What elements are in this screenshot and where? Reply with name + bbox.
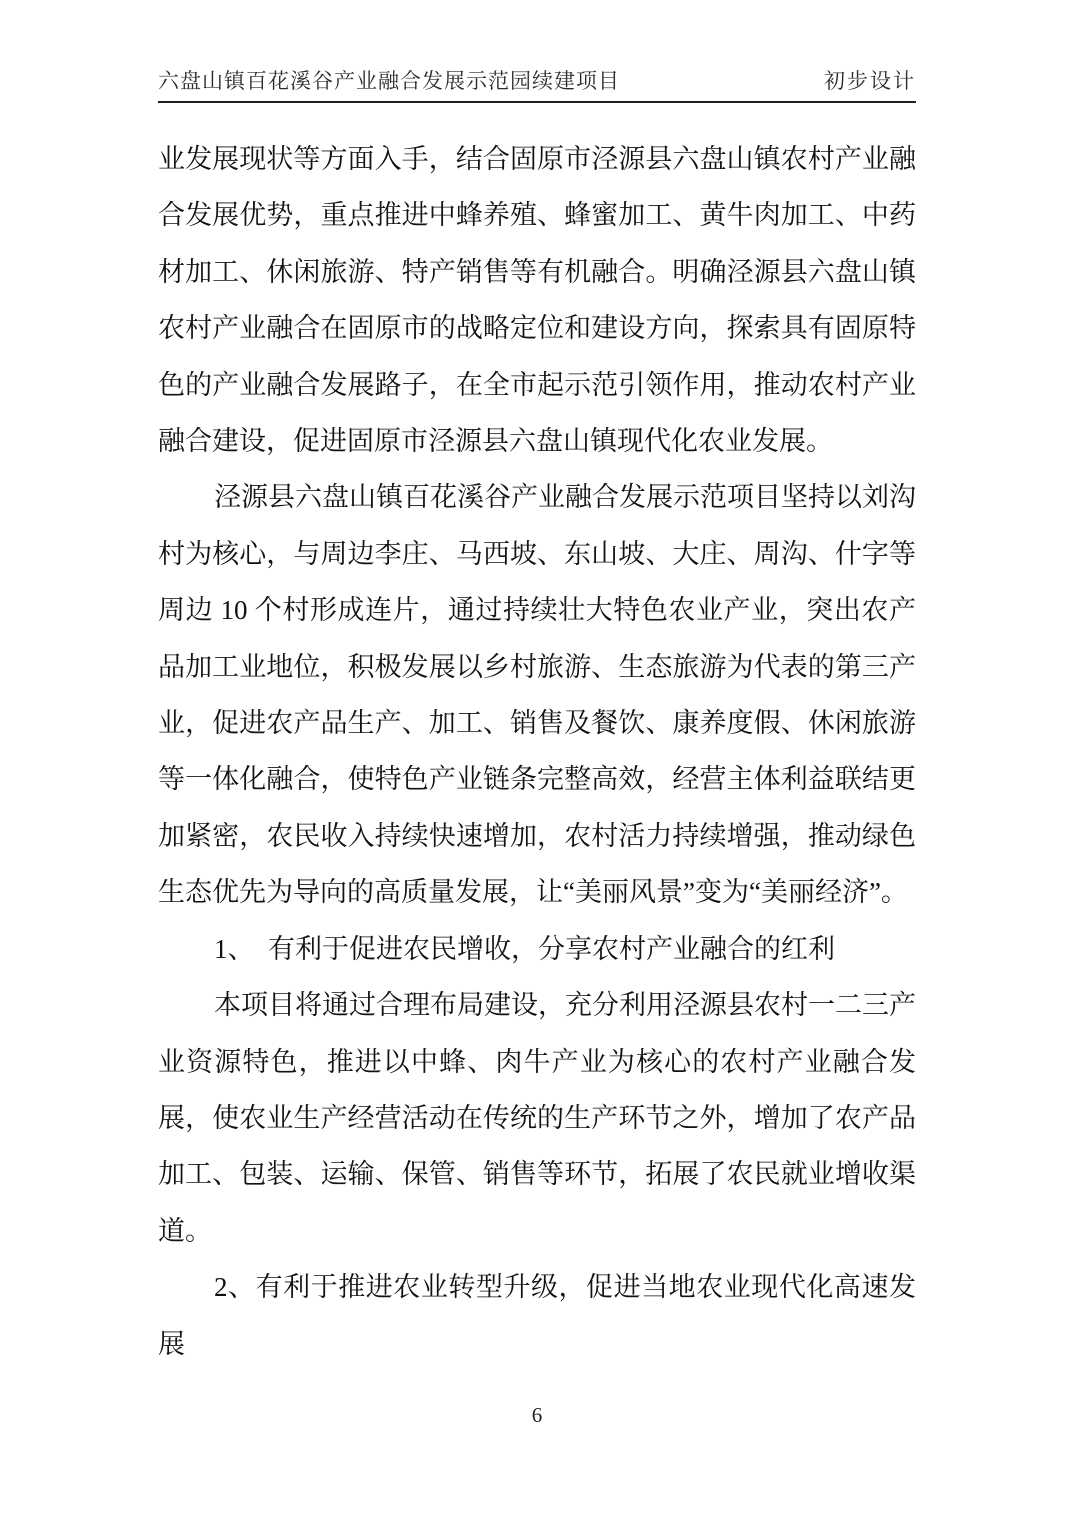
paragraph-benefit-1: 本项目将通过合理布局建设，充分利用泾源县农村一二三产业资源特色，推进以中蜂、肉牛… xyxy=(158,977,916,1259)
section-heading-2: 2、有利于推进农业转型升级，促进当地农业现代化高速发展 xyxy=(158,1259,916,1372)
paragraph-project-overview: 泾源县六盘山镇百花溪谷产业融合发展示范项目坚持以刘沟村为核心，与周边李庄、马西坡… xyxy=(158,469,916,920)
header-stage-label: 初步设计 xyxy=(824,68,916,94)
document-page: 六盘山镇百花溪谷产业融合发展示范园续建项目 初步设计 业发展现状等方面入手，结合… xyxy=(0,0,1074,1520)
header-project-title: 六盘山镇百花溪谷产业融合发展示范园续建项目 xyxy=(158,68,620,94)
page-header: 六盘山镇百花溪谷产业融合发展示范园续建项目 初步设计 xyxy=(158,68,916,103)
section-heading-1: 1、 有利于促进农民增收，分享农村产业融合的红利 xyxy=(158,921,916,977)
page-footer: 6 xyxy=(0,1400,1074,1430)
document-body: 业发展现状等方面入手，结合固原市泾源县六盘山镇农村产业融合发展优势，重点推进中蜂… xyxy=(158,131,916,1372)
page-number: 6 xyxy=(532,1403,543,1427)
paragraph-continuation: 业发展现状等方面入手，结合固原市泾源县六盘山镇农村产业融合发展优势，重点推进中蜂… xyxy=(158,131,916,469)
